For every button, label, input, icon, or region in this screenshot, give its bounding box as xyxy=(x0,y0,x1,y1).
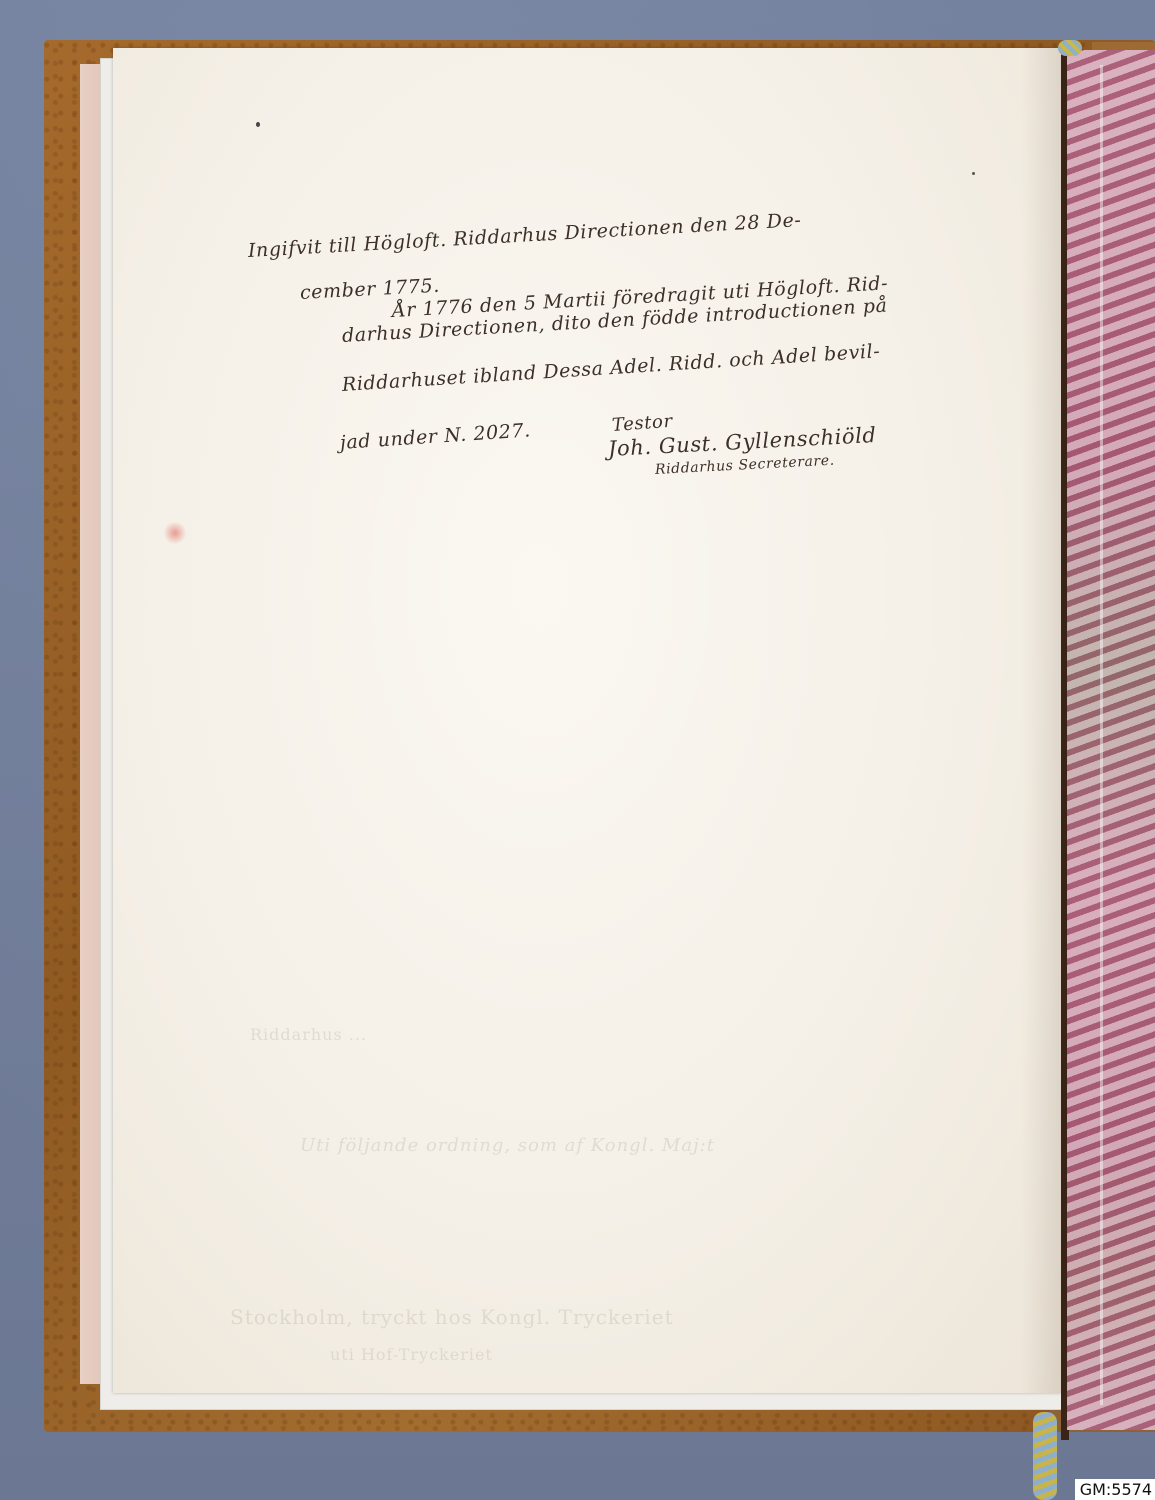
show-through-text: Uti följande ordning, som af Kongl. Maj:… xyxy=(300,1135,715,1156)
ink-spot xyxy=(972,172,975,175)
attestation-label: Testor xyxy=(611,411,673,436)
catalog-number-label: GM:5574 xyxy=(1075,1479,1155,1500)
red-stain xyxy=(163,522,187,544)
page-gutter-shadow xyxy=(1021,48,1061,1393)
show-through-text: Riddarhus ... xyxy=(250,1025,367,1044)
show-through-text: uti Hof-Tryckeriet xyxy=(330,1345,493,1364)
bookmark-ribbon-icon xyxy=(1033,1412,1057,1500)
ink-spot xyxy=(256,122,260,127)
headband-ribbon-icon xyxy=(1058,40,1082,56)
marbled-fold-crease xyxy=(1100,65,1103,1405)
show-through-text: Stockholm, tryckt hos Kongl. Tryckeriet xyxy=(230,1305,674,1329)
marbled-endpaper xyxy=(1067,50,1155,1430)
